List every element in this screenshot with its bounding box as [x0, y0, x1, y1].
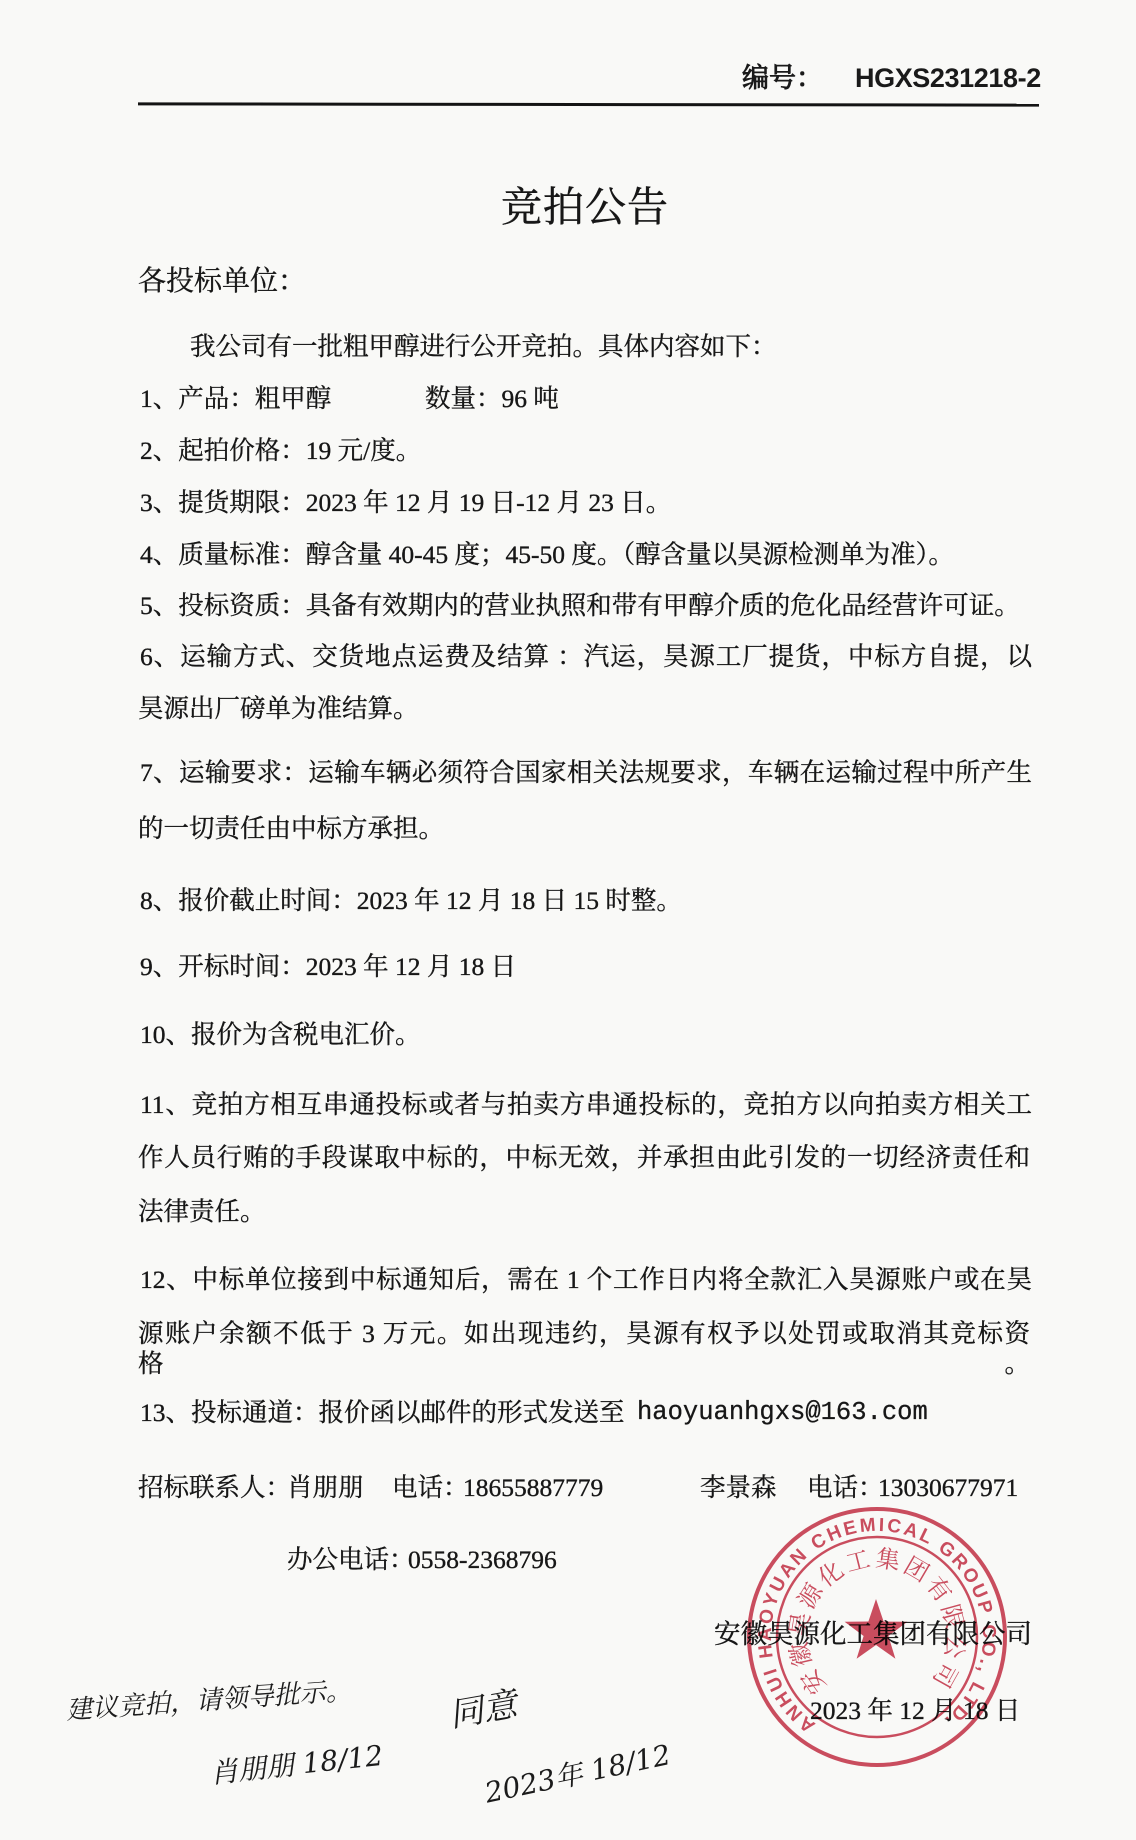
serial-number: HGXS231218-2	[855, 62, 1041, 94]
contact-primary-name: 肖朋朋	[287, 1473, 364, 1503]
list-item-pickup-period: 3、提货期限：2023 年 12 月 19 日-12 月 23 日。	[140, 488, 671, 518]
list-item-product: 1、产品：粗甲醇	[140, 384, 331, 414]
contact-email: haoyuanhgxs@163.com	[637, 1398, 928, 1428]
contact-secondary-phone: 13030677971	[878, 1473, 1018, 1503]
office-phone: 0558-2368796	[408, 1545, 557, 1575]
list-item-transport-requirements: 7、运输要求：运输车辆必须符合国家相关法规要求，车辆在运输过程中所产生	[140, 758, 1032, 788]
list-item-bid-channel: 13、投标通道：报价函以邮件的形式发送至	[140, 1398, 625, 1428]
contact-secondary-name: 李景森	[700, 1473, 777, 1503]
list-item-quantity: 数量：96 吨	[425, 384, 559, 414]
list-item-payment: 12、中标单位接到中标通知后，需在 1 个工作日内将全款汇入昊源账户或在昊	[140, 1265, 1032, 1295]
contact-secondary-phone-label: 电话：	[807, 1473, 884, 1503]
handwritten-approval: 同意	[445, 1677, 520, 1737]
list-item-price-terms: 10、报价为含税电汇价。	[140, 1020, 421, 1050]
page-title: 竞拍公告	[501, 182, 669, 232]
list-item-transport-requirements-cont: 的一切责任由中标方承担。	[138, 814, 444, 844]
serial-label: 编号：	[742, 62, 823, 94]
list-item-transport-settlement: 6、运输方式、交货地点运费及结算 ：汽运，昊源工厂提货，中标方自提，以	[140, 642, 1032, 672]
list-item-collusion-cont-2: 法律责任。	[138, 1197, 266, 1227]
company-name: 安徽昊源化工集团有限公司	[714, 1619, 1032, 1649]
intro-paragraph: 我公司有一批粗甲醇进行公开竞拍。具体内容如下：	[190, 332, 777, 362]
list-item-bid-deadline: 8、报价截止时间：2023 年 12 月 18 日 15 时整。	[140, 886, 682, 916]
issue-date: 2023 年 12 月 18 日	[810, 1696, 1020, 1726]
contact-label: 招标联系人：	[138, 1473, 291, 1503]
list-item-quality-standard: 4、质量标准：醇含量 40-45 度；45-50 度。（醇含量以昊源检测单为准）…	[140, 540, 954, 570]
list-item-collusion: 11、竞拍方相互串通投标或者与拍卖方串通投标的，竞拍方以向拍卖方相关工	[140, 1090, 1032, 1120]
list-item-start-price: 2、起拍价格：19 元/度。	[140, 436, 421, 466]
list-item-collusion-cont: 作人员行贿的手段谋取中标的，中标无效，并承担由此引发的一切经济责任和	[138, 1143, 1030, 1173]
contact-primary-phone: 18655887779	[463, 1473, 603, 1503]
handwritten-signature: 肖朋朋 18/12	[208, 1734, 385, 1792]
list-item-opening-time: 9、开标时间：2023 年 12 月 18 日	[140, 952, 516, 982]
handwritten-approval-signature: 2023年 18/12	[481, 1733, 674, 1811]
contact-primary-phone-label: 电话：	[392, 1473, 469, 1503]
office-phone-label: 办公电话：	[287, 1545, 415, 1575]
list-item-qualification: 5、投标资质：具备有效期内的营业执照和带有甲醇介质的危化品经营许可证。	[140, 591, 1020, 621]
list-item-transport-settlement-cont: 昊源出厂磅单为准结算。	[138, 694, 419, 724]
list-item-payment-cont: 源账户余额不低于 3 万元。如出现违约，昊源有权予以处罚或取消其竞标资格。	[138, 1319, 1030, 1379]
handwritten-note: 建议竞拍，请领导批示。	[65, 1670, 353, 1727]
salutation: 各投标单位：	[138, 265, 306, 299]
header-divider	[138, 102, 1039, 106]
